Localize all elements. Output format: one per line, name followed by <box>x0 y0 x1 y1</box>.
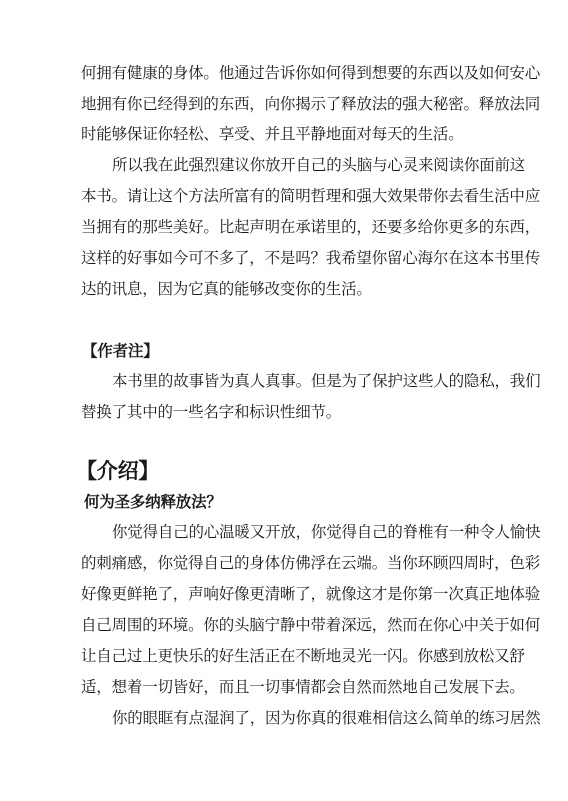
text-line: 的刺痛感，你觉得自己的身体仿佛浮在云端。当你环顾四周时，色彩 <box>81 553 540 573</box>
author-note-heading: 【作者注】 <box>82 341 159 361</box>
document-page: 何拥有健康的身体。他通过告诉你如何得到想要的东西以及如何安心 地拥有你已经得到的… <box>0 0 568 801</box>
text-line: 所以我在此强烈建议你放开自己的头脑与心灵来阅读你面前这 <box>112 155 525 175</box>
text-line: 适，想着一切皆好，而且一切事情都会自然而然地自己发展下去。 <box>81 677 525 697</box>
text-line: 你觉得自己的心温暖又开放，你觉得自己的脊椎有一种令人愉快 <box>112 522 540 542</box>
text-line: 时能够保证你轻松、享受、并且平静地面对每天的生活。 <box>81 124 464 144</box>
text-line: 本书里的故事皆为真人真事。但是为了保护这些人的隐私，我们 <box>112 371 540 391</box>
text-line: 何拥有健康的身体。他通过告诉你如何得到想要的东西以及如何安心 <box>81 63 540 83</box>
text-line: 达的讯息，因为它真的能够改变你的生活。 <box>81 279 372 299</box>
section-heading: 【介绍】 <box>76 461 159 481</box>
text-line: 本书。请让这个方法所富有的简明哲理和强大效果带你去看生活中应 <box>81 186 540 206</box>
text-line: 替换了其中的一些名字和标识性细节。 <box>81 402 341 422</box>
text-line: 你的眼眶有点湿润了，因为你真的很难相信这么简单的练习居然 <box>112 708 540 728</box>
text-line: 让自己过上更快乐的好生活正在不断地灵光一闪。你感到放松又舒 <box>81 646 525 666</box>
text-line: 自己周围的环境。你的头脑宁静中带着深远，然而在你心中关于如何 <box>81 615 540 635</box>
text-line: 这样的好事如今可不多了，不是吗？我希望你留心海尔在这本书里传 <box>81 248 540 268</box>
text-line: 好像更鲜艳了，声响好像更清晰了，就像这才是你第一次真正地体验 <box>81 584 540 604</box>
section-subheading: 何为圣多纳释放法？ <box>84 492 222 512</box>
text-line: 当拥有的那些美好。比起声明在承诺里的，还要多给你更多的东西， <box>81 217 540 237</box>
text-line: 地拥有你已经得到的东西，向你揭示了释放法的强大秘密。释放法同 <box>81 94 540 114</box>
